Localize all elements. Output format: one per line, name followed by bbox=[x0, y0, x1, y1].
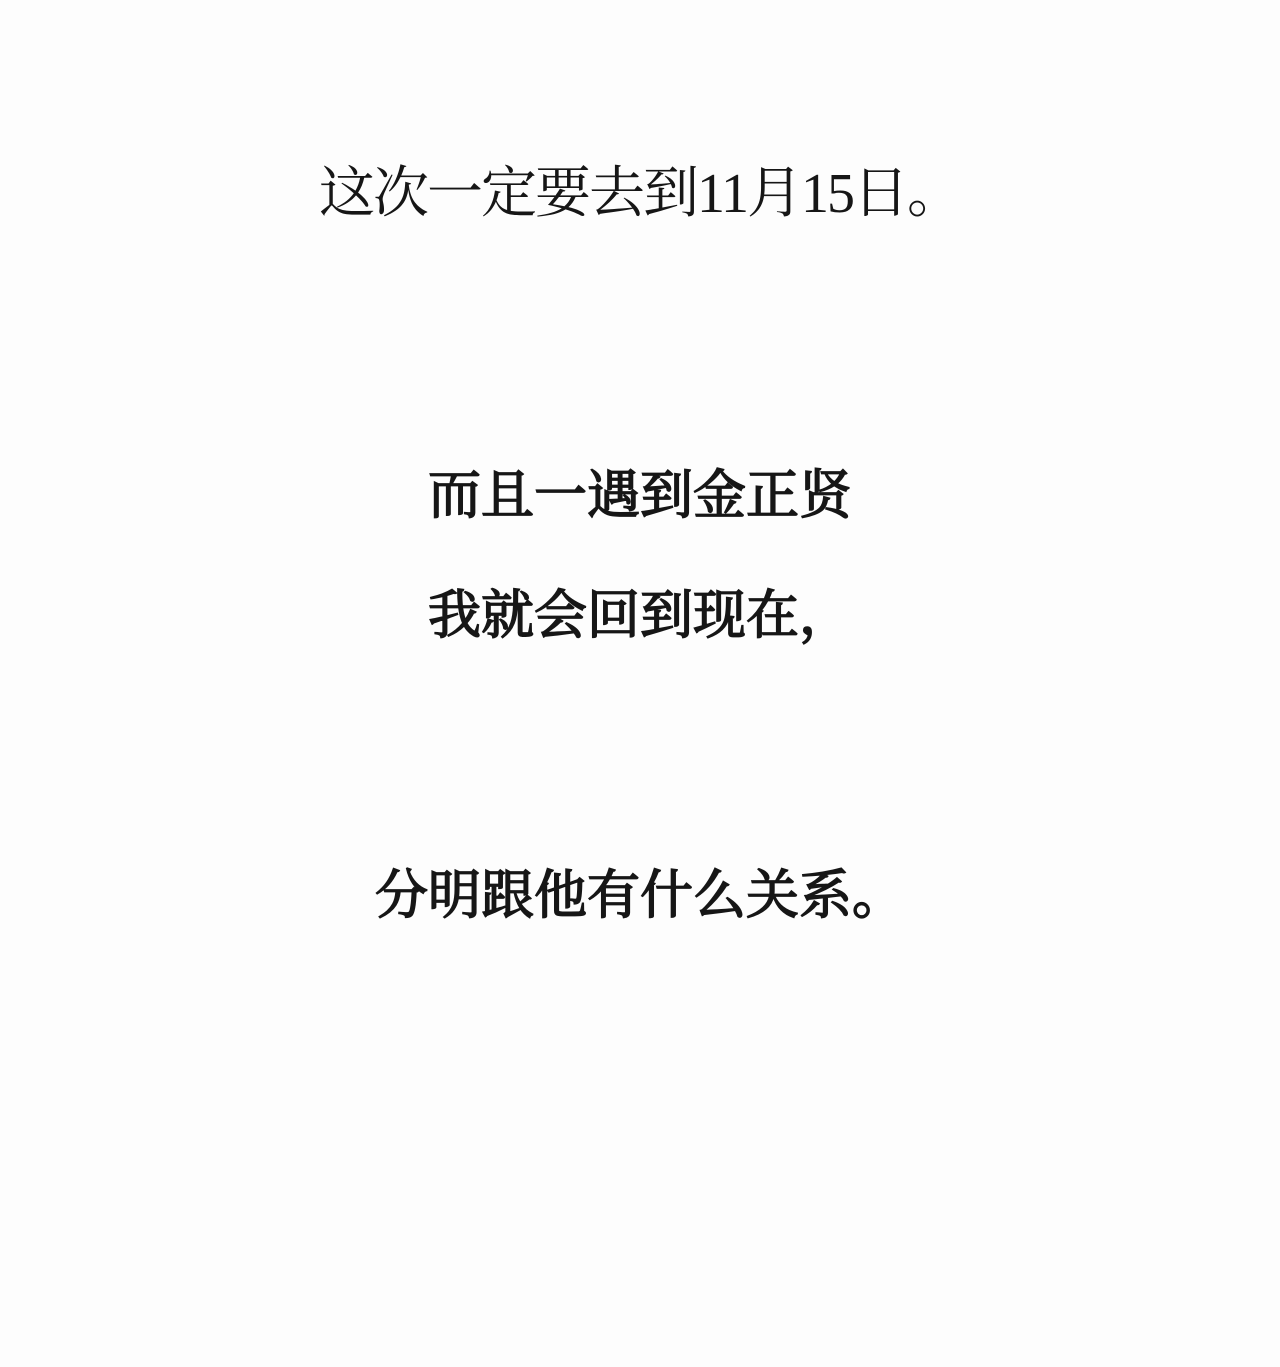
narration-line-4: 分明跟他有什么关系。 bbox=[0, 870, 1280, 923]
narration-line-2: 而且一遇到金正贤 bbox=[0, 470, 1280, 523]
narration-panel: 这次一定要去到11月15日。 而且一遇到金正贤 我就会回到现在， 分明跟他有什么… bbox=[0, 0, 1280, 1367]
narration-line-3: 我就会回到现在， bbox=[0, 590, 1280, 643]
narration-line-1: 这次一定要去到11月15日。 bbox=[0, 166, 1280, 222]
